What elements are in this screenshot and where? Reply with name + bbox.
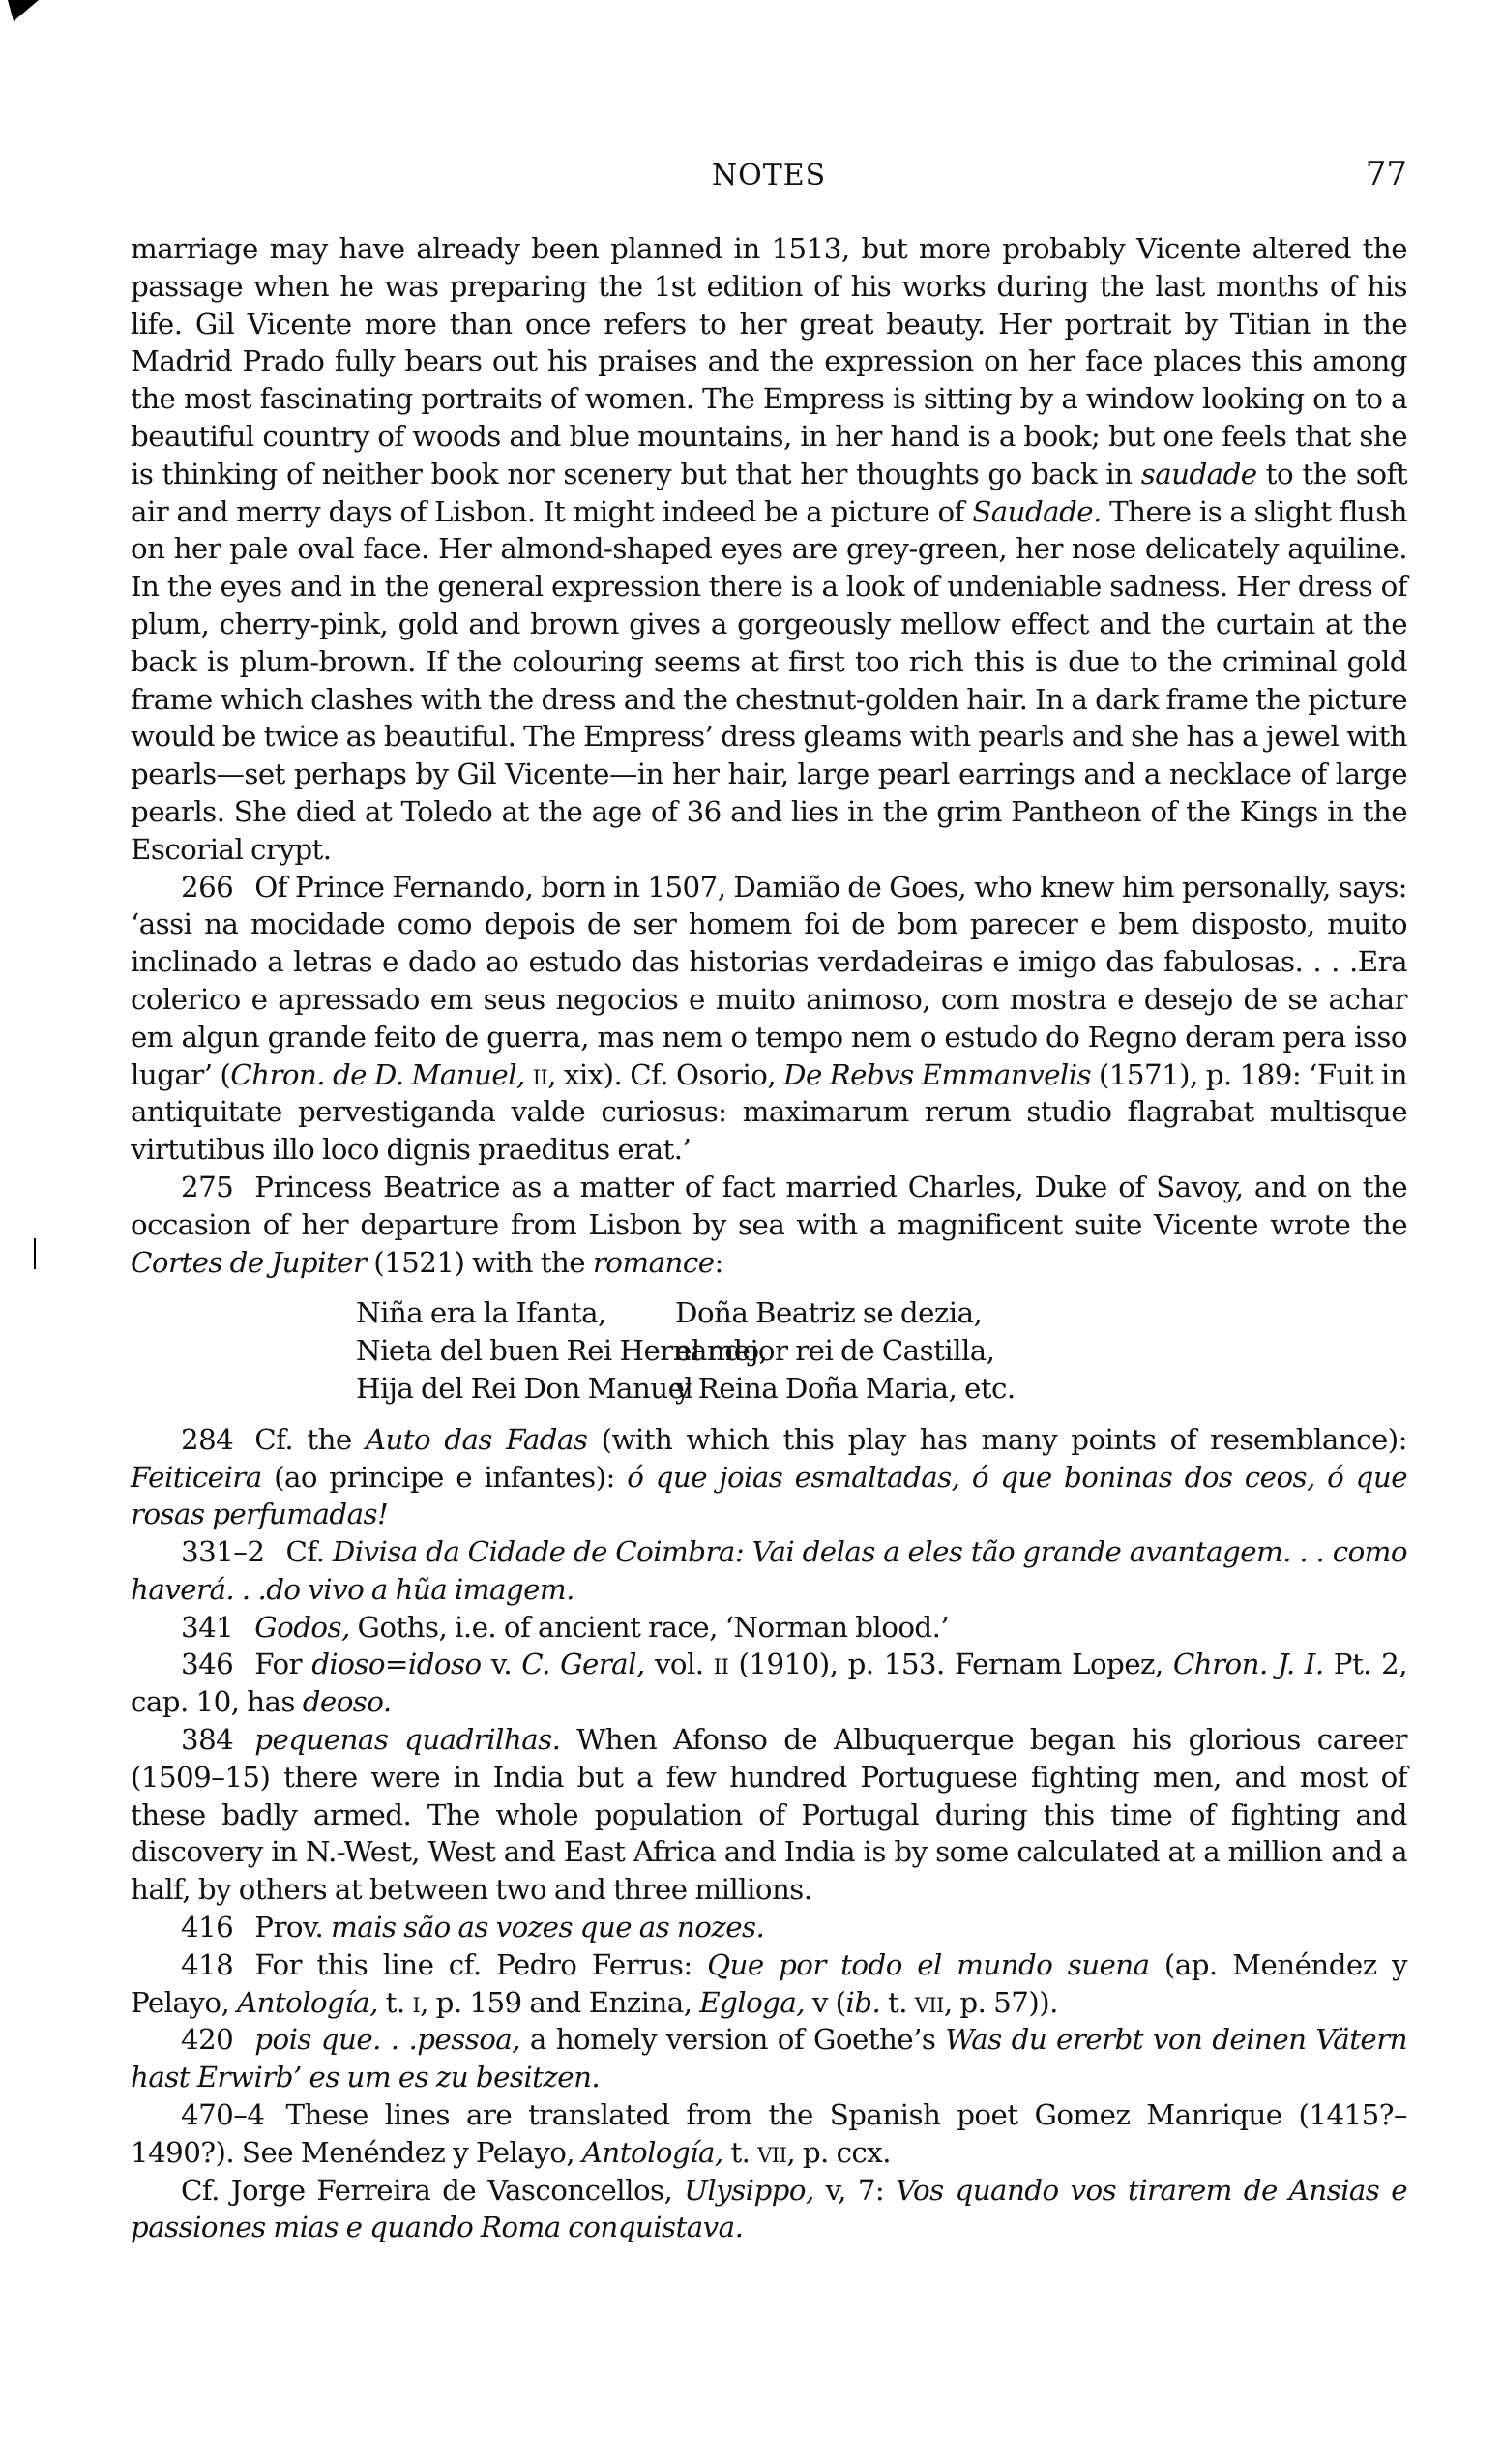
note-418: 418For this line cf. Pedro Ferrus: Que p… — [131, 1946, 1407, 2022]
verse-quotation: Niña era la Ifanta,Doña Beatriz se dezia… — [356, 1294, 1407, 1407]
margin-line-mark — [34, 1238, 36, 1269]
text: There is a slight flush on her pale oval… — [131, 495, 1407, 866]
italic-text: Godos, — [254, 1611, 349, 1644]
small-caps-numeral: vii — [915, 1986, 944, 2019]
note-416: 416Prov. mais são as vozes que as nozes. — [131, 1909, 1407, 1946]
text: For this line cf. Pedro Ferrus: — [254, 1948, 707, 1981]
small-caps-numeral: i — [412, 1986, 420, 2019]
note-number: 420 — [181, 2023, 233, 2056]
italic-text: pequenas quadrilhas. — [254, 1723, 560, 1756]
note-continuation: marriage may have already been planned i… — [131, 230, 1407, 869]
note-number: 341 — [181, 1611, 233, 1644]
note-number: 346 — [181, 1648, 233, 1680]
italic-text: Ulysippo, — [684, 2174, 814, 2207]
text — [525, 1058, 533, 1091]
italic-text: Antología, — [582, 2136, 723, 2169]
italic-text: mais são as vozes que as nozes. — [331, 1911, 764, 1944]
italic-text: De Rebvs Emmanvelis — [783, 1058, 1091, 1091]
note-470-4: 470–4These lines are translated from the… — [131, 2096, 1407, 2172]
note-384: 384pequenas quadrilhas. When Afonso de A… — [131, 1721, 1407, 1909]
running-head: NOTES 77 — [131, 155, 1407, 197]
verse-half: Nieta del buen Rei Hernando, — [356, 1332, 675, 1370]
text: Goths, i.e. of ancient race, ‘Norman blo… — [350, 1611, 949, 1644]
text: (1910), p. 153. Fernam Lopez, — [728, 1648, 1173, 1680]
text: , p. 159 and Enzina, — [420, 1986, 699, 2019]
text: t. — [723, 2136, 758, 2169]
verse-line: Nieta del buen Rei Hernando,el mejor rei… — [356, 1332, 1407, 1370]
italic-text: Egloga, — [699, 1986, 805, 2019]
verse-half: Niña era la Ifanta, — [356, 1294, 675, 1332]
text: Prov. — [254, 1911, 331, 1944]
text: , p. 57)). — [944, 1986, 1058, 2019]
italic-text: Chron. J. I. — [1173, 1648, 1324, 1680]
note-number: 384 — [181, 1723, 233, 1756]
note-number: 470–4 — [181, 2098, 264, 2131]
text: vol. — [645, 1648, 714, 1680]
italic-text: Saudade. — [972, 495, 1102, 528]
text: Cf. Jorge Ferreira de Vasconcellos, — [181, 2174, 684, 2207]
note-420: 420pois que. . .pessoa, a homely version… — [131, 2021, 1407, 2096]
note-275: 275Princess Beatrice as a matter of fact… — [131, 1169, 1407, 1281]
note-331-2: 331–2Cf. Divisa da Cidade de Coimbra: Va… — [131, 1533, 1407, 1609]
text: , xix). Cf. Osorio, — [547, 1058, 783, 1091]
verse-line: Niña era la Ifanta,Doña Beatriz se dezia… — [356, 1294, 1407, 1332]
italic-text: romance — [593, 1246, 715, 1279]
page-number: 77 — [1366, 155, 1407, 193]
italic-text: Que por todo el mundo suena — [707, 1948, 1149, 1981]
italic-text: saudade — [1141, 458, 1257, 490]
text: For — [254, 1648, 311, 1680]
small-caps-numeral: ii — [714, 1648, 729, 1680]
note-number: 266 — [181, 871, 233, 904]
text: Cf. — [285, 1535, 332, 1568]
text: (1521) with the — [366, 1246, 592, 1279]
scan-corner-mark — [0, 0, 39, 21]
note-346: 346For dioso=idoso v. C. Geral, vol. ii … — [131, 1646, 1407, 1721]
note-number: 418 — [181, 1948, 233, 1981]
running-head-title: NOTES — [131, 159, 1407, 193]
text: v. — [482, 1648, 522, 1680]
italic-text: dioso=idoso — [311, 1648, 481, 1680]
note-number: 416 — [181, 1911, 233, 1944]
italic-text: Cortes de Jupiter — [131, 1246, 366, 1279]
italic-text: Feiticeira — [131, 1461, 262, 1494]
text: t. — [378, 1986, 413, 2019]
note-266: 266Of Prince Fernando, born in 1507, Dam… — [131, 869, 1407, 1169]
note-number: 331–2 — [181, 1535, 264, 1568]
note-cf-vasconcellos: Cf. Jorge Ferreira de Vasconcellos, Ulys… — [131, 2172, 1407, 2247]
italic-text: Antología, — [237, 1986, 378, 2019]
italic-text: pois que. . .pessoa, — [254, 2023, 520, 2056]
text: (ao principe e infantes): — [262, 1461, 628, 1494]
text: : — [714, 1246, 722, 1279]
note-284: 284Cf. the Auto das Fadas (with which th… — [131, 1421, 1407, 1533]
small-caps-numeral: vii — [757, 2136, 786, 2169]
text: t. — [880, 1986, 915, 2019]
text: v, 7: — [814, 2174, 896, 2207]
note-number: 275 — [181, 1171, 233, 1203]
text: Cf. the — [254, 1423, 366, 1456]
text: v ( — [805, 1986, 845, 2019]
text: (with which this play has many points of… — [587, 1423, 1407, 1456]
text: a homely version of Goethe’s — [520, 2023, 945, 2056]
verse-half: y Reina Doña Maria, etc. — [675, 1372, 1016, 1405]
italic-text: C. Geral, — [521, 1648, 644, 1680]
verse-line: Hija del Rei Don Manuely Reina Doña Mari… — [356, 1370, 1407, 1408]
note-341: 341Godos, Goths, i.e. of ancient race, ‘… — [131, 1609, 1407, 1647]
text: Princess Beatrice as a matter of fact ma… — [131, 1171, 1407, 1241]
italic-text: ib. — [845, 1986, 880, 2019]
small-caps-numeral: ii — [533, 1058, 548, 1091]
text: marriage may have already been planned i… — [131, 232, 1407, 490]
verse-half: el mejor rei de Castilla, — [675, 1334, 994, 1367]
italic-text: deoso. — [303, 1685, 392, 1718]
notes-body: marriage may have already been planned i… — [131, 230, 1407, 2246]
verse-half: Doña Beatriz se dezia, — [675, 1296, 982, 1329]
italic-text: Chron. de D. Manuel, — [230, 1058, 525, 1091]
text: , p. ccx. — [786, 2136, 891, 2169]
italic-text: Auto das Fadas — [366, 1423, 588, 1456]
verse-half: Hija del Rei Don Manuel — [356, 1370, 675, 1408]
note-number: 284 — [181, 1423, 233, 1456]
